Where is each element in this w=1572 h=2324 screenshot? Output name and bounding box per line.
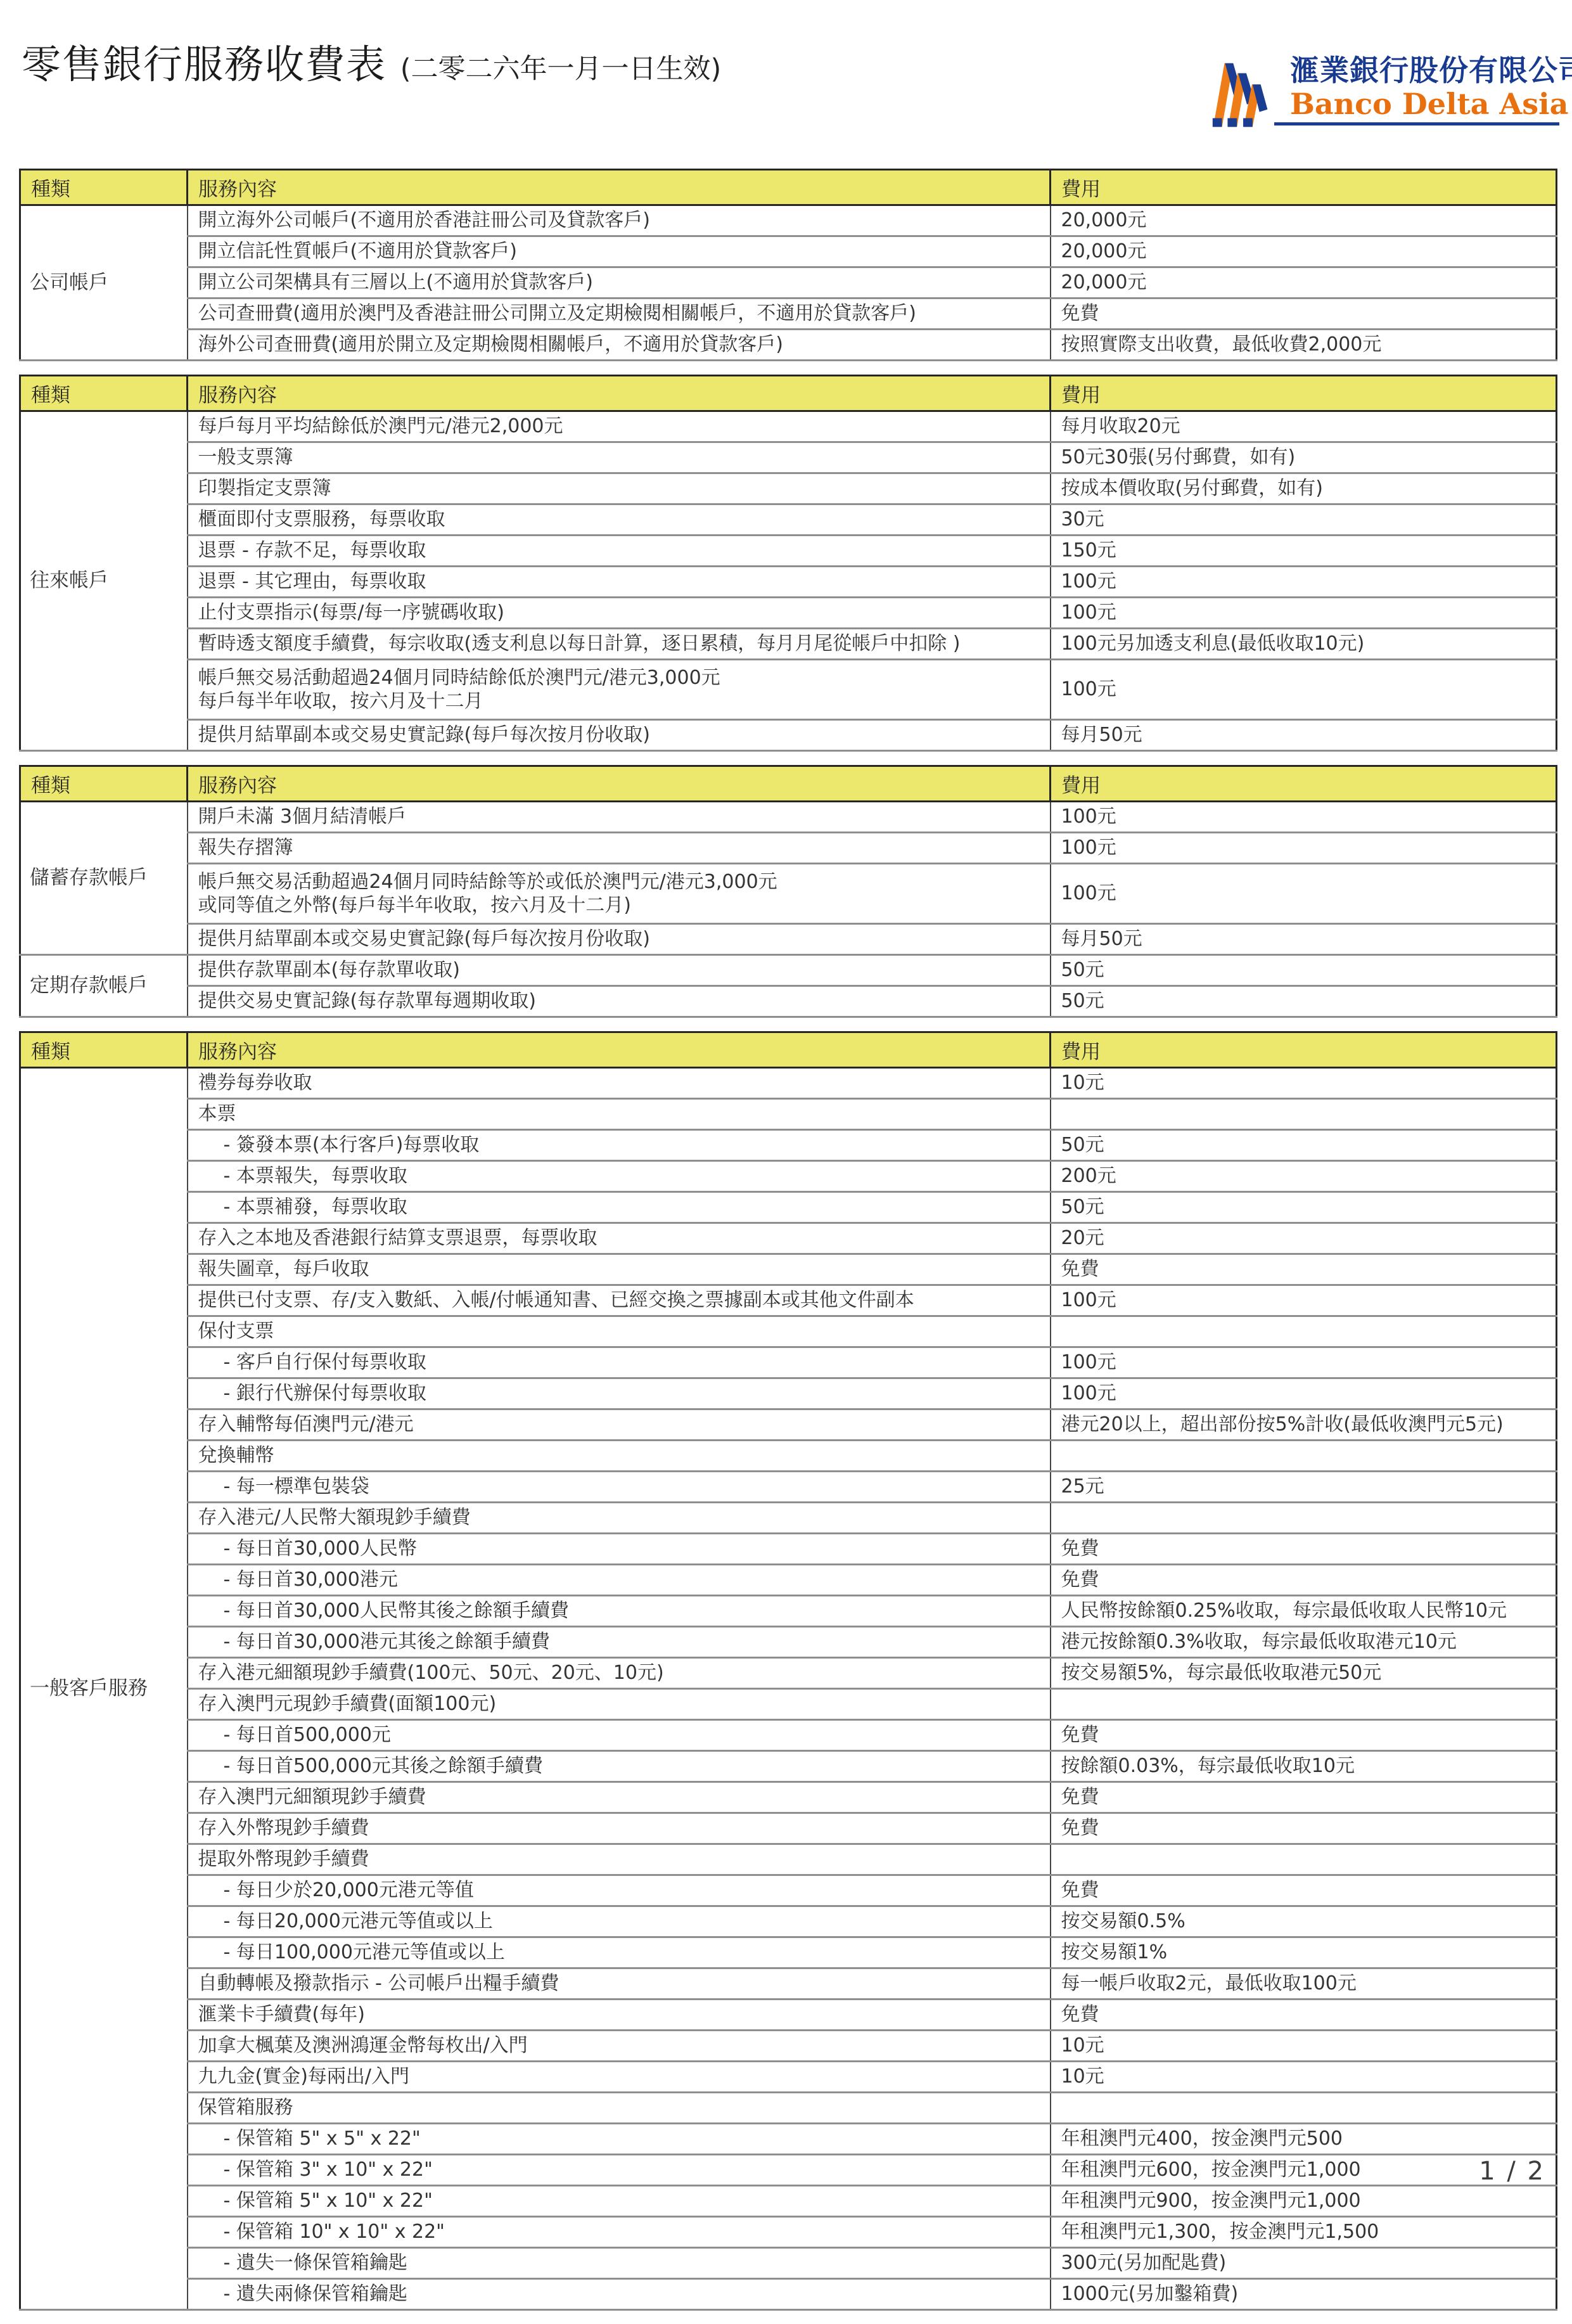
table-row: 暫時透支額度手續費，每宗收取(透支利息以每日計算，逐日累積，每月月尾從帳戶中扣除… [20, 629, 1557, 660]
table-row: 存入之本地及香港銀行結算支票退票，每票收取20元 [20, 1223, 1557, 1254]
service-cell: 九九金(實金)每兩出/入門 [188, 2062, 1051, 2093]
service-cell: - 遺失一條保管箱鑰匙 [188, 2248, 1051, 2279]
service-cell: 提取外幣現鈔手續費 [188, 1844, 1051, 1875]
table-row: 提供月結單副本或交易史實記錄(每戶每次按月份收取)每月50元 [20, 924, 1557, 955]
bank-logo: 滙業銀行股份有限公司 Banco Delta Asia S.A. [1205, 55, 1559, 125]
column-header-fee: 費用 [1051, 376, 1557, 411]
fee-cell: 20,000元 [1051, 205, 1557, 236]
header-row: 種類服務內容費用 [20, 1032, 1557, 1068]
table-row: 提供交易史實記錄(每存款單每週期收取)50元 [20, 986, 1557, 1017]
service-cell: - 每日首30,000港元 [188, 1565, 1051, 1596]
table-row: 存入澳門元細額現鈔手續費免費 [20, 1782, 1557, 1813]
service-cell: 存入港元/人民幣大額現鈔手續費 [188, 1503, 1051, 1534]
service-cell: 櫃面即付支票服務，每票收取 [188, 504, 1051, 536]
fee-cell: 免費 [1051, 2000, 1557, 2031]
service-cell: 提供月結單副本或交易史實記錄(每戶每次按月份收取) [188, 720, 1051, 751]
table-row: - 每日首500,000元其後之餘額手續費按餘額0.03%，每宗最低收取10元 [20, 1751, 1557, 1782]
service-cell: 開戶未滿 3個月結清帳戶 [188, 802, 1051, 833]
table-row: 存入輔幣每佰澳門元/港元港元20以上，超出部份按5%計收(最低收澳門元5元) [20, 1409, 1557, 1441]
fee-cell: 人民幣按餘額0.25%收取，每宗最低收取人民幣10元 [1051, 1596, 1557, 1627]
category-cell: 儲蓄存款帳戶 [20, 802, 188, 955]
service-cell: 海外公司查冊費(適用於開立及定期檢閱相關帳戶，不適用於貸款客戶) [188, 330, 1051, 361]
table-row: 定期存款帳戶提供存款單副本(每存款單收取)50元 [20, 955, 1557, 986]
table-row: - 遺失兩條保管箱鑰匙1000元(另加鑿箱費) [20, 2279, 1557, 2310]
fee-cell: 100元 [1051, 864, 1557, 924]
table-row: - 每日首30,000港元其後之餘額手續費港元按餘額0.3%收取，每宗最低收取港… [20, 1627, 1557, 1658]
fee-cell: 免費 [1051, 1565, 1557, 1596]
fee-cell: 按成本價收取(另付郵費，如有) [1051, 473, 1557, 504]
fee-cell: 港元20以上，超出部份按5%計收(最低收澳門元5元) [1051, 1409, 1557, 1441]
table-row: 退票 - 其它理由，每票收取100元 [20, 567, 1557, 598]
service-cell: - 保管箱 5" x 5" x 22" [188, 2124, 1051, 2155]
table-row: 公司帳戶開立海外公司帳戶(不適用於香港註冊公司及貸款客戶)20,000元 [20, 205, 1557, 236]
fee-cell: 年租澳門元900，按金澳門元1,000 [1051, 2186, 1557, 2217]
table-row: 開立信託性質帳戶(不適用於貸款客戶)20,000元 [20, 236, 1557, 267]
fee-cell: 20元 [1051, 1223, 1557, 1254]
fee-cell: 100元另加透支利息(最低收取10元) [1051, 629, 1557, 660]
fee-cell: 200元 [1051, 1161, 1557, 1192]
fee-cell: 100元 [1051, 567, 1557, 598]
fee-cell: 100元 [1051, 660, 1557, 720]
fee-cell: 10元 [1051, 1068, 1557, 1099]
column-header-fee: 費用 [1051, 170, 1557, 205]
service-cell: 報失圖章，每戶收取 [188, 1254, 1051, 1285]
fee-cell: 按交易額5%，每宗最低收取港元50元 [1051, 1658, 1557, 1689]
service-cell: 每戶每月平均結餘低於澳門元/港元2,000元 [188, 411, 1051, 442]
service-cell: - 每日首500,000元其後之餘額手續費 [188, 1751, 1051, 1782]
fee-cell: 每月50元 [1051, 924, 1557, 955]
service-cell: 存入港元細額現鈔手續費(100元、50元、20元、10元) [188, 1658, 1051, 1689]
bank-logo-text: 滙業銀行股份有限公司 Banco Delta Asia S.A. [1290, 55, 1559, 120]
column-header-category: 種類 [20, 376, 188, 411]
column-header-service: 服務內容 [188, 1032, 1051, 1068]
service-cell: - 客戶自行保付每票收取 [188, 1347, 1051, 1378]
bank-logo-mark-icon [1205, 57, 1286, 134]
table-row: 往來帳戶每戶每月平均結餘低於澳門元/港元2,000元每月收取20元 [20, 411, 1557, 442]
service-cell: 提供交易史實記錄(每存款單每週期收取) [188, 986, 1051, 1017]
service-cell: - 每日20,000元港元等值或以上 [188, 1906, 1051, 1937]
service-cell: - 保管箱 5" x 10" x 22" [188, 2186, 1051, 2217]
page-title-effective-date: (二零二六年一月一日生效) [400, 53, 722, 85]
service-cell: - 每日100,000元港元等值或以上 [188, 1937, 1051, 1968]
table-row: 公司查冊費(適用於澳門及香港註冊公司開立及定期檢閱相關帳戶，不適用於貸款客戶)免… [20, 299, 1557, 330]
fee-cell: 20,000元 [1051, 236, 1557, 267]
table-row: - 每一標準包裝袋25元 [20, 1472, 1557, 1503]
bank-name-chinese: 滙業銀行股份有限公司 [1290, 55, 1559, 87]
table-row: - 每日100,000元港元等值或以上按交易額1% [20, 1937, 1557, 1968]
fee-cell: 每月50元 [1051, 720, 1557, 751]
table-row: 帳戶無交易活動超過24個月同時結餘等於或低於澳門元/港元3,000元 或同等值之… [20, 864, 1557, 924]
table-row: 報失圖章，每戶收取免費 [20, 1254, 1557, 1285]
table-row: 印製指定支票簿按成本價收取(另付郵費，如有) [20, 473, 1557, 504]
table-row: 加拿大楓葉及澳洲鴻運金幣每枚出/入門10元 [20, 2031, 1557, 2062]
category-cell: 定期存款帳戶 [20, 955, 188, 1017]
table-row: 保付支票 [20, 1316, 1557, 1347]
fee-cell: 50元 [1051, 955, 1557, 986]
service-cell: - 簽發本票(本行客戶)每票收取 [188, 1130, 1051, 1161]
service-cell: 開立信託性質帳戶(不適用於貸款客戶) [188, 236, 1051, 267]
service-cell: - 保管箱 10" x 10" x 22" [188, 2217, 1051, 2248]
service-cell: 報失存摺簿 [188, 833, 1051, 864]
table-row: - 每日少於20,000元港元等值免費 [20, 1875, 1557, 1906]
service-cell: 退票 - 其它理由，每票收取 [188, 567, 1051, 598]
table-row: - 本票補發，每票收取50元 [20, 1192, 1557, 1223]
table-row: 本票 [20, 1099, 1557, 1130]
fee-cell: 100元 [1051, 1378, 1557, 1409]
table-row: 一般支票簿50元30張(另付郵費，如有) [20, 442, 1557, 473]
table-row: 退票 - 存款不足，每票收取150元 [20, 536, 1557, 567]
table-row: - 保管箱 3" x 10" x 22"年租澳門元600，按金澳門元1,000 [20, 2155, 1557, 2186]
fee-cell [1051, 1689, 1557, 1720]
service-cell: 開立海外公司帳戶(不適用於香港註冊公司及貸款客戶) [188, 205, 1051, 236]
fee-cell: 免費 [1051, 1720, 1557, 1751]
table-row: - 每日首30,000人民幣其後之餘額手續費人民幣按餘額0.25%收取，每宗最低… [20, 1596, 1557, 1627]
bank-name-english: Banco Delta Asia S.A. [1290, 88, 1559, 120]
fee-table-4: 種類服務內容費用一般客戶服務禮券每券收取10元本票- 簽發本票(本行客戶)每票收… [19, 1031, 1557, 2311]
header-row: 種類服務內容費用 [20, 376, 1557, 411]
service-cell: 止付支票指示(每票/每一序號碼收取) [188, 598, 1051, 629]
column-header-service: 服務內容 [188, 170, 1051, 205]
table-row: - 每日首30,000港元免費 [20, 1565, 1557, 1596]
fee-cell: 免費 [1051, 1875, 1557, 1906]
table-row: 海外公司查冊費(適用於開立及定期檢閱相關帳戶，不適用於貸款客戶)按照實際支出收費… [20, 330, 1557, 361]
table-row: 開立公司架構具有三層以上(不適用於貸款客戶)20,000元 [20, 267, 1557, 299]
service-cell: 存入澳門元細額現鈔手續費 [188, 1782, 1051, 1813]
table-row: - 本票報失，每票收取200元 [20, 1161, 1557, 1192]
fee-cell: 100元 [1051, 802, 1557, 833]
fee-cell: 100元 [1051, 833, 1557, 864]
table-row: - 保管箱 5" x 10" x 22"年租澳門元900，按金澳門元1,000 [20, 2186, 1557, 2217]
service-cell: - 本票補發，每票收取 [188, 1192, 1051, 1223]
service-cell: 帳戶無交易活動超過24個月同時結餘低於澳門元/港元3,000元 每戶每半年收取，… [188, 660, 1051, 720]
service-cell: 提供已付支票、存/支入數紙、入帳/付帳通知書、已經交換之票據副本或其他文件副本 [188, 1285, 1051, 1316]
fee-cell: 按交易額0.5% [1051, 1906, 1557, 1937]
service-cell: - 本票報失，每票收取 [188, 1161, 1051, 1192]
fee-cell: 年租澳門元400，按金澳門元500 [1051, 2124, 1557, 2155]
service-cell: 暫時透支額度手續費，每宗收取(透支利息以每日計算，逐日累積，每月月尾從帳戶中扣除… [188, 629, 1051, 660]
fee-cell: 每一帳戶收取2元，最低收取100元 [1051, 1968, 1557, 2000]
service-cell: 本票 [188, 1099, 1051, 1130]
fee-cell [1051, 1844, 1557, 1875]
fee-table-2: 種類服務內容費用往來帳戶每戶每月平均結餘低於澳門元/港元2,000元每月收取20… [19, 375, 1557, 752]
service-cell: 印製指定支票簿 [188, 473, 1051, 504]
page-title-main: 零售銀行服務收費表 [22, 41, 387, 87]
table-row: 提供已付支票、存/支入數紙、入帳/付帳通知書、已經交換之票據副本或其他文件副本1… [20, 1285, 1557, 1316]
service-cell: 加拿大楓葉及澳洲鴻運金幣每枚出/入門 [188, 2031, 1051, 2062]
fee-cell [1051, 2093, 1557, 2124]
fee-cell: 10元 [1051, 2062, 1557, 2093]
page-number: 1 / 2 [1479, 2157, 1545, 2186]
fee-cell: 免費 [1051, 1813, 1557, 1844]
service-cell: 公司查冊費(適用於澳門及香港註冊公司開立及定期檢閱相關帳戶，不適用於貸款客戶) [188, 299, 1051, 330]
table-row: 滙業卡手續費(每年)免費 [20, 2000, 1557, 2031]
fee-cell: 50元 [1051, 986, 1557, 1017]
table-row: 櫃面即付支票服務，每票收取30元 [20, 504, 1557, 536]
column-header-service: 服務內容 [188, 766, 1051, 802]
fee-cell: 50元30張(另付郵費，如有) [1051, 442, 1557, 473]
logo-underline [1274, 122, 1559, 125]
fee-table-1: 種類服務內容費用公司帳戶開立海外公司帳戶(不適用於香港註冊公司及貸款客戶)20,… [19, 169, 1557, 361]
fee-cell: 免費 [1051, 1534, 1557, 1565]
service-cell: 兌換輔幣 [188, 1441, 1051, 1472]
table-row: - 簽發本票(本行客戶)每票收取50元 [20, 1130, 1557, 1161]
service-cell: 存入輔幣每佰澳門元/港元 [188, 1409, 1051, 1441]
service-cell: 提供存款單副本(每存款單收取) [188, 955, 1051, 986]
service-cell: 保付支票 [188, 1316, 1051, 1347]
fee-cell: 年租澳門元1,300，按金澳門元1,500 [1051, 2217, 1557, 2248]
fee-cell: 150元 [1051, 536, 1557, 567]
service-cell: - 保管箱 3" x 10" x 22" [188, 2155, 1051, 2186]
fee-cell: 按照實際支出收費，最低收費2,000元 [1051, 330, 1557, 361]
category-cell: 公司帳戶 [20, 205, 188, 361]
table-row: 保管箱服務 [20, 2093, 1557, 2124]
table-row: - 銀行代辦保付每票收取100元 [20, 1378, 1557, 1409]
fee-cell: 免費 [1051, 299, 1557, 330]
table-row: - 保管箱 5" x 5" x 22"年租澳門元400，按金澳門元500 [20, 2124, 1557, 2155]
service-cell: 提供月結單副本或交易史實記錄(每戶每次按月份收取) [188, 924, 1051, 955]
column-header-category: 種類 [20, 766, 188, 802]
service-cell: - 每日首30,000人民幣 [188, 1534, 1051, 1565]
table-row: - 客戶自行保付每票收取100元 [20, 1347, 1557, 1378]
service-cell: 禮券每券收取 [188, 1068, 1051, 1099]
service-cell: 存入之本地及香港銀行結算支票退票，每票收取 [188, 1223, 1051, 1254]
fee-cell [1051, 1316, 1557, 1347]
fee-cell: 100元 [1051, 1285, 1557, 1316]
fee-cell: 100元 [1051, 598, 1557, 629]
column-header-service: 服務內容 [188, 376, 1051, 411]
service-cell: - 每日少於20,000元港元等值 [188, 1875, 1051, 1906]
service-cell: 存入外幣現鈔手續費 [188, 1813, 1051, 1844]
table-row: 存入港元細額現鈔手續費(100元、50元、20元、10元)按交易額5%，每宗最低… [20, 1658, 1557, 1689]
fee-cell [1051, 1099, 1557, 1130]
fee-cell: 30元 [1051, 504, 1557, 536]
category-cell: 往來帳戶 [20, 411, 188, 751]
service-cell: - 銀行代辦保付每票收取 [188, 1378, 1051, 1409]
table-row: 九九金(實金)每兩出/入門10元 [20, 2062, 1557, 2093]
fee-cell: 免費 [1051, 1254, 1557, 1285]
column-header-fee: 費用 [1051, 766, 1557, 802]
fee-cell: 按餘額0.03%，每宗最低收取10元 [1051, 1751, 1557, 1782]
service-cell: - 每一標準包裝袋 [188, 1472, 1051, 1503]
fee-cell: 20,000元 [1051, 267, 1557, 299]
service-cell: 帳戶無交易活動超過24個月同時結餘等於或低於澳門元/港元3,000元 或同等值之… [188, 864, 1051, 924]
table-row: 存入外幣現鈔手續費免費 [20, 1813, 1557, 1844]
fee-cell: 按交易額1% [1051, 1937, 1557, 1968]
fee-cell: 50元 [1051, 1192, 1557, 1223]
table-row: 存入港元/人民幣大額現鈔手續費 [20, 1503, 1557, 1534]
service-cell: 開立公司架構具有三層以上(不適用於貸款客戶) [188, 267, 1051, 299]
service-cell: 滙業卡手續費(每年) [188, 2000, 1051, 2031]
column-header-category: 種類 [20, 1032, 188, 1068]
table-row: 存入澳門元現鈔手續費(面額100元) [20, 1689, 1557, 1720]
table-row: - 保管箱 10" x 10" x 22"年租澳門元1,300，按金澳門元1,5… [20, 2217, 1557, 2248]
service-cell: 退票 - 存款不足，每票收取 [188, 536, 1051, 567]
service-cell: 保管箱服務 [188, 2093, 1051, 2124]
table-row: 儲蓄存款帳戶開戶未滿 3個月結清帳戶100元 [20, 802, 1557, 833]
fee-cell [1051, 1441, 1557, 1472]
fee-cell: 港元按餘額0.3%收取，每宗最低收取港元10元 [1051, 1627, 1557, 1658]
table-row: 兌換輔幣 [20, 1441, 1557, 1472]
fee-cell: 每月收取20元 [1051, 411, 1557, 442]
header-row: 種類服務內容費用 [20, 170, 1557, 205]
service-cell: - 每日首500,000元 [188, 1720, 1051, 1751]
fee-table-3: 種類服務內容費用儲蓄存款帳戶開戶未滿 3個月結清帳戶100元報失存摺簿100元帳… [19, 765, 1557, 1018]
fee-cell: 300元(另加配匙費) [1051, 2248, 1557, 2279]
column-header-category: 種類 [20, 170, 188, 205]
table-row: 止付支票指示(每票/每一序號碼收取)100元 [20, 598, 1557, 629]
header-row: 種類服務內容費用 [20, 766, 1557, 802]
table-row: 帳戶無交易活動超過24個月同時結餘低於澳門元/港元3,000元 每戶每半年收取，… [20, 660, 1557, 720]
table-row: - 每日首500,000元免費 [20, 1720, 1557, 1751]
table-row: - 每日首30,000人民幣免費 [20, 1534, 1557, 1565]
column-header-fee: 費用 [1051, 1032, 1557, 1068]
fee-cell: 50元 [1051, 1130, 1557, 1161]
service-cell: - 每日首30,000港元其後之餘額手續費 [188, 1627, 1051, 1658]
table-row: - 遺失一條保管箱鑰匙300元(另加配匙費) [20, 2248, 1557, 2279]
fee-cell: 免費 [1051, 1782, 1557, 1813]
service-cell: 自動轉帳及撥款指示 - 公司帳戶出糧手續費 [188, 1968, 1051, 2000]
service-cell: - 遺失兩條保管箱鑰匙 [188, 2279, 1051, 2310]
table-row: 報失存摺簿100元 [20, 833, 1557, 864]
fee-cell: 25元 [1051, 1472, 1557, 1503]
table-row: 提供月結單副本或交易史實記錄(每戶每次按月份收取)每月50元 [20, 720, 1557, 751]
fee-cell: 10元 [1051, 2031, 1557, 2062]
service-cell: 存入澳門元現鈔手續費(面額100元) [188, 1689, 1051, 1720]
table-row: 自動轉帳及撥款指示 - 公司帳戶出糧手續費每一帳戶收取2元，最低收取100元 [20, 1968, 1557, 2000]
service-cell: - 每日首30,000人民幣其後之餘額手續費 [188, 1596, 1051, 1627]
table-row: - 每日20,000元港元等值或以上按交易額0.5% [20, 1906, 1557, 1937]
fee-cell: 100元 [1051, 1347, 1557, 1378]
page-title: 零售銀行服務收費表 (二零二六年一月一日生效) [22, 33, 721, 89]
fee-cell [1051, 1503, 1557, 1534]
service-cell: 一般支票簿 [188, 442, 1051, 473]
fee-cell: 1000元(另加鑿箱費) [1051, 2279, 1557, 2310]
fee-tables-container: 種類服務內容費用公司帳戶開立海外公司帳戶(不適用於香港註冊公司及貸款客戶)20,… [19, 169, 1556, 2324]
table-row: 提取外幣現鈔手續費 [20, 1844, 1557, 1875]
table-row: 一般客戶服務禮券每券收取10元 [20, 1068, 1557, 1099]
category-cell: 一般客戶服務 [20, 1068, 188, 2310]
